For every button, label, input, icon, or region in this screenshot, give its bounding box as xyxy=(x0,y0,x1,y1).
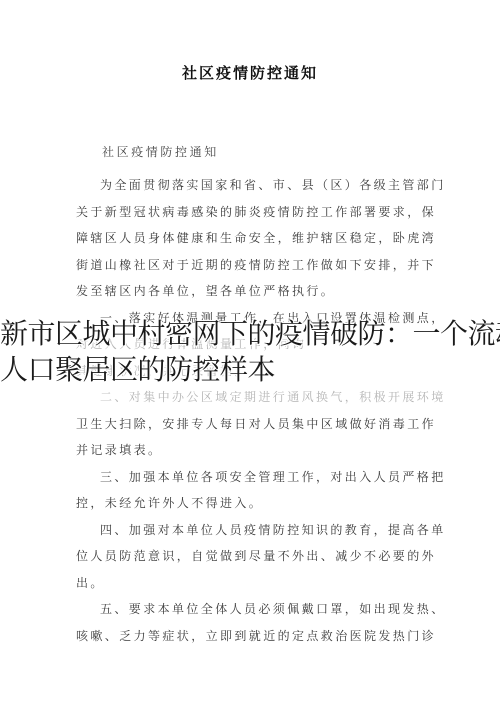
overlay-headline-line-1: 新市区城中村密网下的疫情破防：一个流动 xyxy=(0,316,500,352)
document-line: 发至辖区内各单位，望各单位严格执行。 xyxy=(76,278,436,305)
document-page: 社区疫情防控通知 社区疫情防控通知 为全面贯彻落实国家和省、市、县（区）各级主管… xyxy=(0,0,500,708)
document-body: 为全面贯彻落实国家和省、市、县（区）各级主管部门关于新型冠状病毒感染的肺炎疫情防… xyxy=(76,172,436,649)
document-line: 控，未经允许外人不得进入。 xyxy=(76,490,436,517)
overlay-headline: 新市区城中村密网下的疫情破防：一个流动 人口聚居区的防控样本 xyxy=(0,316,500,388)
document-line: 卫生大扫除，安排专人每日对人员集中区域做好消毒工作 xyxy=(76,411,436,438)
document-line: 位人员防范意识，自觉做到尽量不外出、减少不必要的外 xyxy=(76,543,436,570)
document-line: 并记录填表。 xyxy=(76,437,436,464)
document-line: 五、要求本单位全体人员必须佩戴口罩，如出现发热、 xyxy=(76,596,436,623)
document-line: 街道山橡社区对于近期的疫情防控工作做如下安排，并下 xyxy=(76,252,436,279)
document-line: 关于新型冠状病毒感染的肺炎疫情防控工作部署要求，保 xyxy=(76,199,436,226)
document-subtitle: 社区疫情防控通知 xyxy=(102,143,219,160)
document-line: 为全面贯彻落实国家和省、市、县（区）各级主管部门 xyxy=(76,172,436,199)
document-line: 咳嗽、乏力等症状，立即到就近的定点救治医院发热门诊 xyxy=(76,623,436,650)
overlay-headline-line-2: 人口聚居区的防控样本 xyxy=(0,352,500,388)
document-line: 三、加强本单位各项安全管理工作，对出入人员严格把 xyxy=(76,464,436,491)
document-line: 障辖区人员身体健康和生命安全，维护辖区稳定，卧虎湾 xyxy=(76,225,436,252)
document-title: 社区疫情防控通知 xyxy=(0,62,500,83)
document-line: 四、加强对本单位人员疫情防控知识的教育，提高各单 xyxy=(76,517,436,544)
document-line: 出。 xyxy=(76,570,436,597)
